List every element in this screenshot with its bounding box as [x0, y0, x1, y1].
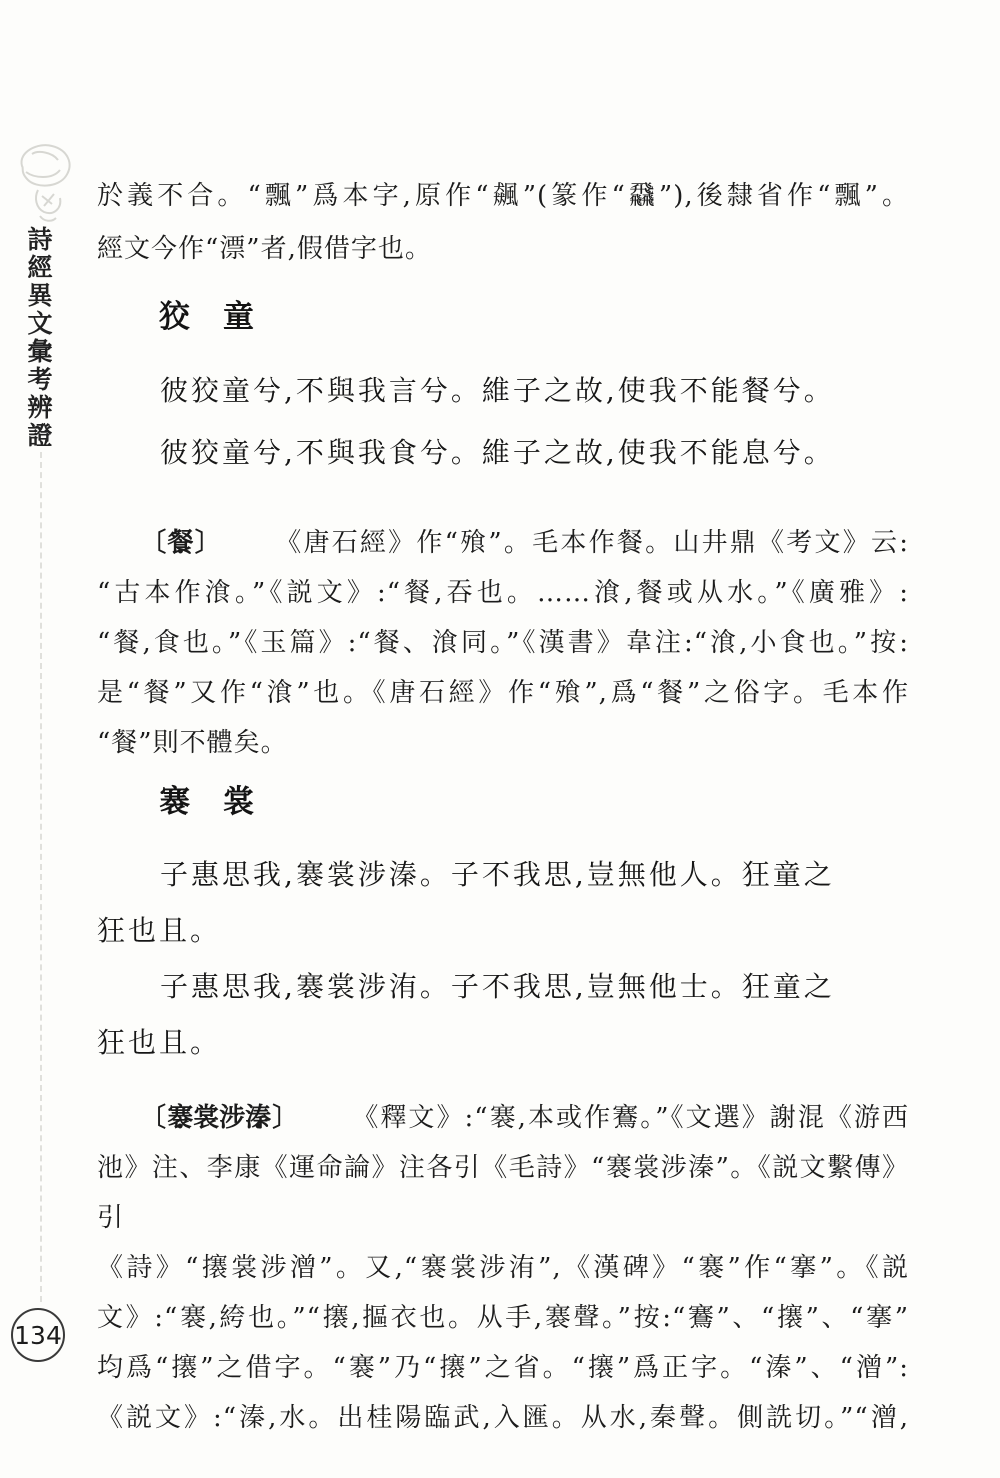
lemma-head: 〔餐〕	[139, 528, 222, 558]
poem-line: 子惠思我,褰裳涉溱。子不我思,豈無他人。狂童之	[97, 847, 909, 903]
commentary-can: 〔餐〕《唐石經》作“飱”。毛本作餐。山井鼎《考文》云: “古本作湌。”《説文》:…	[97, 518, 909, 768]
lemma-head: 〔褰裳涉溱〕	[139, 1103, 299, 1133]
commentary-line: 文》:“褰,絝也。”“攐,摳衣也。从手,褰聲。”按:“鶱”、“攐”、“搴”	[97, 1293, 909, 1343]
commentary-line: 〔餐〕《唐石經》作“飱”。毛本作餐。山井鼎《考文》云:	[97, 518, 909, 568]
library-stamp-icon	[8, 138, 80, 230]
poem-jiaotong: 彼狡童兮,不與我言兮。維子之故,使我不能餐兮。 彼狡童兮,不與我食兮。維子之故,…	[160, 360, 972, 484]
book-spine-title: 詩經異文彙考辨證	[20, 226, 56, 450]
poem-line: 狂也且。	[97, 1015, 909, 1071]
commentary-line: 《説文》:“溱,水。出桂陽臨武,入匯。从水,秦聲。側詵切。”“潧,	[97, 1393, 909, 1443]
commentary-line: 是“餐”又作“湌”也。《唐石經》作“飱”,爲“餐”之俗字。毛本作	[97, 668, 909, 718]
paragraph-carryover: 於義不合。“飄”爲本字,原作“飆”(篆作“飝”),後隸省作“飄”。 經文今作“漂…	[97, 170, 909, 276]
commentary-line: “古本作湌。”《説文》:“餐,吞也。……湌,餐或从水。”《廣雅》:	[97, 568, 909, 618]
lemma-char: 涉	[219, 1093, 245, 1143]
lemma-char: 溱	[245, 1093, 271, 1143]
poem-qianchang: 子惠思我,褰裳涉溱。子不我思,豈無他人。狂童之 狂也且。 子惠思我,褰裳涉洧。子…	[97, 847, 909, 1071]
lemma-char: 裳	[193, 1093, 219, 1143]
fold-line	[40, 452, 42, 1302]
commentary-text: 《唐石經》作“飱”。毛本作餐。山井鼎《考文》云:	[274, 528, 909, 558]
text-line: 經文今作“漂”者,假借字也。	[97, 223, 909, 276]
commentary-line: 均爲“攐”之借字。“褰”乃“攐”之省。“攐”爲正字。“溱”、“潧”:	[97, 1343, 909, 1393]
commentary-line: “餐,食也。”《玉篇》:“餐、湌同。”《漢書》韋注:“湌,小食也。”按:	[97, 618, 909, 668]
lemma-char: 褰	[167, 1093, 193, 1143]
commentary-qianchang-shezhen: 〔褰裳涉溱〕《釋文》:“褰,本或作鶱。”《文選》謝混《游西 池》注、李康《運命論…	[97, 1093, 909, 1443]
commentary-line: “餐”則不體矣。	[97, 718, 909, 768]
commentary-line: 池》注、李康《運命論》注各引《毛詩》“褰裳涉溱”。《説文繫傳》引	[97, 1143, 909, 1243]
poem-title-qianchang: 褰裳	[159, 776, 287, 821]
text-line: 於義不合。“飄”爲本字,原作“飆”(篆作“飝”),後隸省作“飄”。	[97, 170, 909, 223]
commentary-line: 〔褰裳涉溱〕《釋文》:“褰,本或作鶱。”《文選》謝混《游西	[97, 1093, 909, 1143]
poem-line: 子惠思我,褰裳涉洧。子不我思,豈無他士。狂童之	[97, 959, 909, 1015]
commentary-text: 《釋文》:“褰,本或作鶱。”《文選》謝混《游西	[351, 1103, 909, 1133]
lemma-char: 餐	[167, 518, 193, 568]
poem-title-jiaotong: 狡童	[159, 291, 287, 336]
page-number-badge: 134	[11, 1308, 65, 1362]
commentary-line: 《詩》“攐裳涉潧”。又,“褰裳涉洧”,《漢碑》“褰”作“搴”。《説	[97, 1243, 909, 1293]
book-page: 詩經異文彙考辨證 134 於義不合。“飄”爲本字,原作“飆”(篆作“飝”),後隸…	[0, 0, 1000, 1478]
poem-line: 彼狡童兮,不與我食兮。維子之故,使我不能息兮。	[160, 422, 972, 484]
poem-line: 彼狡童兮,不與我言兮。維子之故,使我不能餐兮。	[160, 360, 972, 422]
poem-line: 狂也且。	[97, 903, 909, 959]
